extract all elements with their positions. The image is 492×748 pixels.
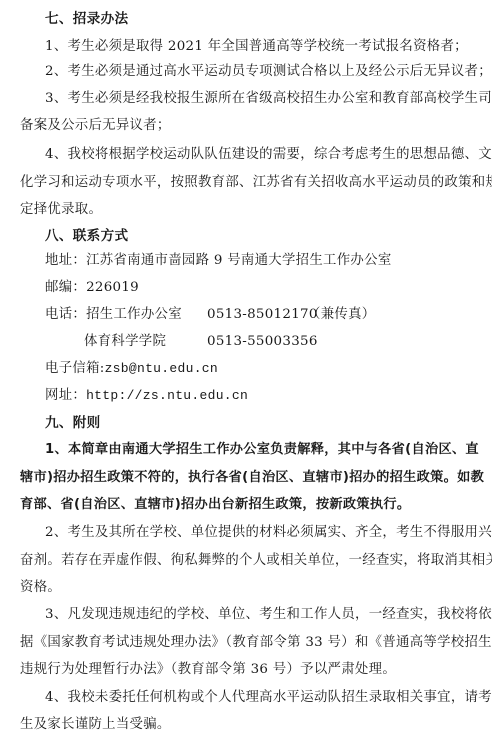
paragraph: 定择优录取。 <box>20 202 472 218</box>
paragraph: 生及家长谨防上当受骗。 <box>20 717 472 733</box>
paragraph: 1、考生必须是取得 2021 年全国普通高等学校统一考试报名资格者； <box>45 39 472 55</box>
email-row: 电子信箱:zsb@ntu.edu.cn <box>45 361 472 377</box>
paragraph: 3、凡发现违规违纪的学校、单位、考生和工作人员，一经查实，我校将依 <box>45 607 472 623</box>
section-heading-supplementary: 九、附则 <box>45 415 472 431</box>
paragraph: 4、我校未委托任何机构或个人代理高水平运动队招生录取相关事宜，请考 <box>45 690 472 706</box>
paragraph: 据《国家教育考试违规处理办法》（教育部令第 33 号）和《普通高等学校招生 <box>20 635 472 651</box>
phone-dept: 体育科学学院 <box>84 334 166 349</box>
phone-label: 电话： <box>45 307 86 322</box>
email-label: 电子信箱: <box>45 361 105 376</box>
website-link[interactable]: http://zs.ntu.edu.cn <box>86 388 248 403</box>
postcode: 邮编：226019 <box>45 280 472 296</box>
paragraph: 违规行为处理暂行办法》（教育部令第 36 号）予以严肃处理。 <box>20 662 472 678</box>
document-page: 七、招录办法 1、考生必须是取得 2021 年全国普通高等学校统一考试报名资格者… <box>0 0 492 748</box>
paragraph: 备案及公示后无异议者； <box>20 118 472 134</box>
paragraph: 2、考生及其所在学校、单位提供的材料必须属实、齐全，考生不得服用兴 <box>45 525 472 541</box>
phone-note: （兼传真） <box>307 307 375 323</box>
section-heading-contact: 八、联系方式 <box>45 228 472 244</box>
paragraph: 奋剂。若存在弄虚作假、徇私舞弊的个人或相关单位，一经查实，将取消其相关 <box>20 553 472 569</box>
bold-paragraph: 育部、省(自治区、直辖市)招办出台新招生政策，按新政策执行。 <box>20 497 472 513</box>
section-heading-admission-method: 七、招录办法 <box>45 11 472 27</box>
paragraph: 资格。 <box>20 580 472 596</box>
website-row: 网址：http://zs.ntu.edu.cn <box>45 388 472 404</box>
address: 地址：江苏省南通市啬园路 9 号南通大学招生工作办公室 <box>45 253 472 269</box>
paragraph: 2、考生必须是通过高水平运动员专项测试合格以上及经公示后无异议者； <box>45 64 472 80</box>
website-label: 网址： <box>45 388 86 403</box>
phone-row: 体育科学学院 0513-55003356 <box>84 334 472 350</box>
paragraph: 3、考生必须是经我校报生源所在省级高校招生办公室和教育部高校学生司 <box>45 91 472 107</box>
bold-paragraph: 辖市)招办招生政策不符的，执行各省(自治区、直辖市)招办的招生政策。如教 <box>20 470 472 486</box>
bold-paragraph: 1、本简章由南通大学招生工作办公室负责解释，其中与各省(自治区、直 <box>45 442 472 458</box>
phone-number: 0513-85012170 <box>207 307 318 323</box>
phone-row: 电话：招生工作办公室 0513-85012170 （兼传真） <box>45 307 472 323</box>
paragraph: 化学习和运动专项水平，按照教育部、江苏省有关招收高水平运动员的政策和规 <box>20 175 472 191</box>
phone-dept: 招生工作办公室 <box>86 307 182 322</box>
phone-number: 0513-55003356 <box>207 334 318 350</box>
email-link[interactable]: zsb@ntu.edu.cn <box>105 361 218 376</box>
paragraph: 4、我校将根据学校运动队队伍建设的需要，综合考虑考生的思想品德、文 <box>45 147 472 163</box>
